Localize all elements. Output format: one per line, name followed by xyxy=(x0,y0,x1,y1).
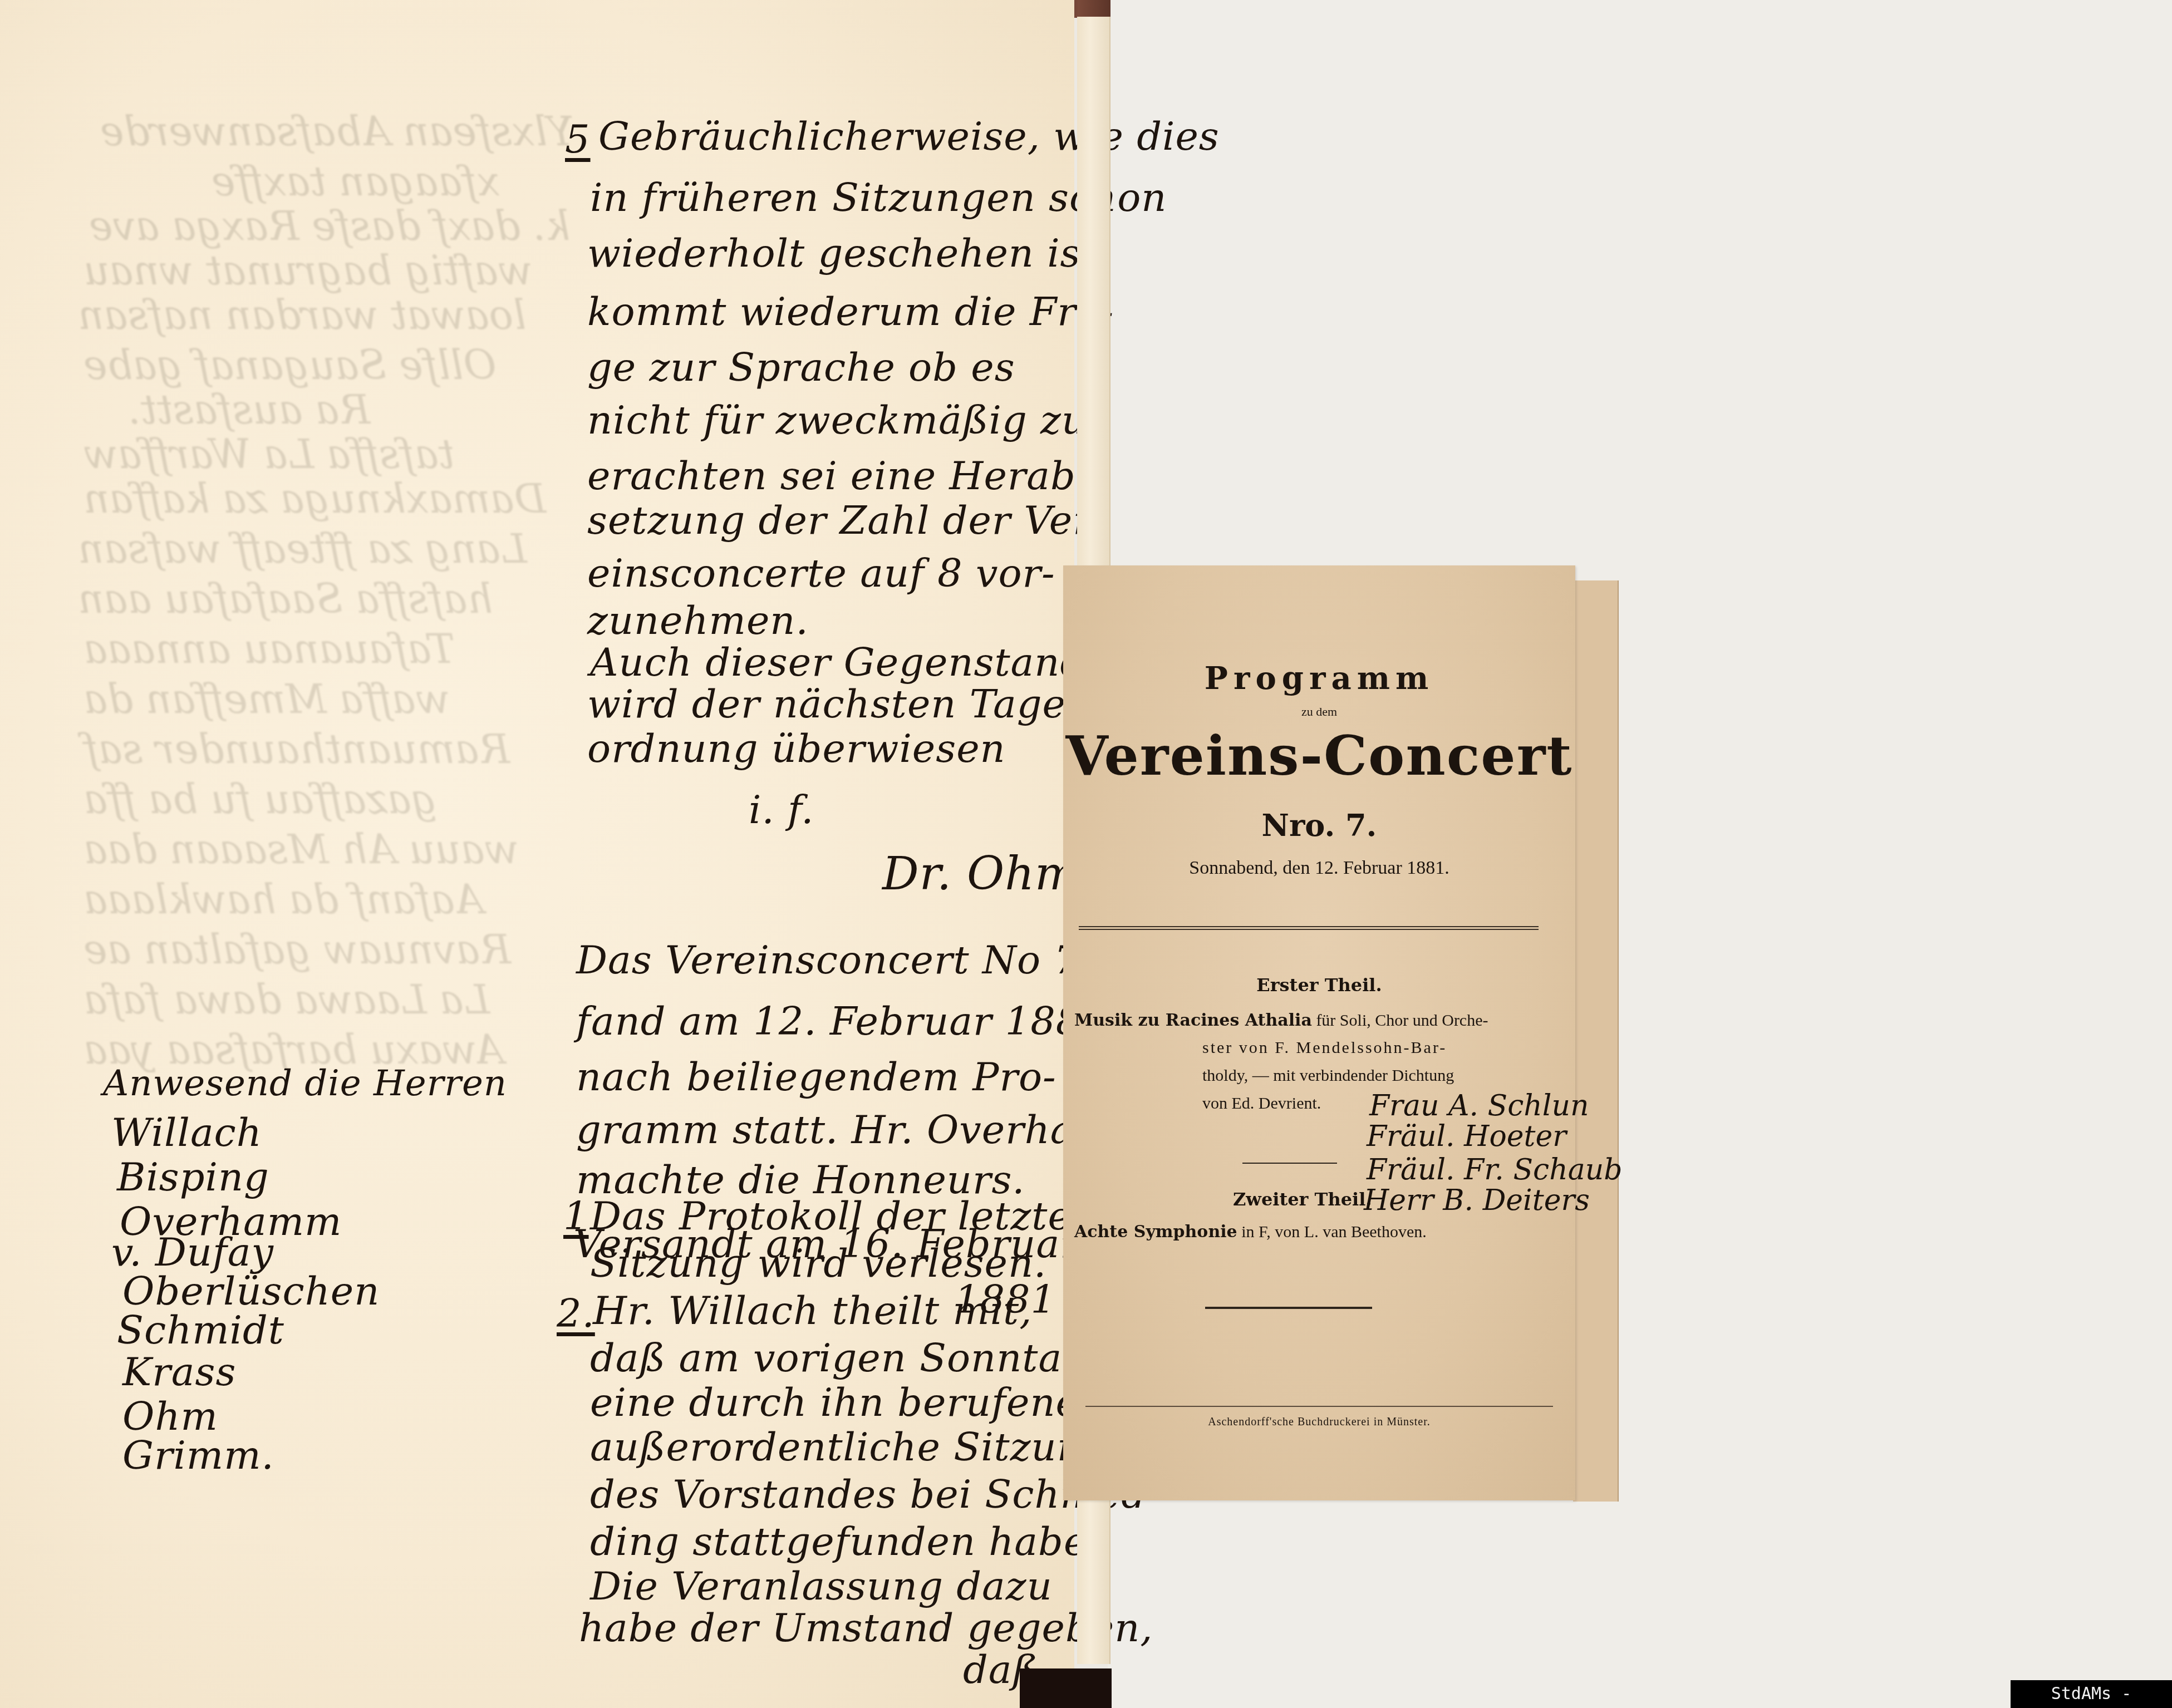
soloist-annotation: Frau A. Schlun xyxy=(1369,1091,1589,1120)
minutes-line: ding stattgefunden habe. xyxy=(590,1522,1100,1561)
part2-lead: Achte Symphonie xyxy=(1074,1222,1237,1242)
protocol-line: setzung der Zahl der Ver- xyxy=(587,501,1105,540)
concert-program-leaflet: Programm zu dem Vereins-Concert Nro. 7. … xyxy=(1063,565,1575,1500)
part1-line2: ster von F. Mendelssohn-Bar- xyxy=(1202,1038,1447,1057)
minutes-line: Hr. Willach theilt mit, xyxy=(593,1291,1032,1330)
minutes-item-1-number: 1 xyxy=(563,1197,589,1236)
minutes-line: eine durch ihn berufene xyxy=(590,1383,1079,1422)
part1-heading: Erster Theil. xyxy=(1063,974,1575,996)
concert-number: Nro. 7. xyxy=(1063,808,1575,843)
part1-line3: tholdy, — mit verbindender Dichtung xyxy=(1202,1066,1454,1085)
minutes-line: daß am vorigen Sonntage xyxy=(590,1338,1111,1377)
section-rule xyxy=(1205,1307,1372,1309)
part1-line1: Musik zu Racines Athalia für Soli, Chor … xyxy=(1074,1011,1488,1030)
attendee-name: Krass xyxy=(122,1352,236,1391)
concert-note-line: Das Vereinsconcert No 7 xyxy=(576,941,1079,979)
protocol-line: ge zur Sprache ob es xyxy=(587,348,1015,387)
manuscript-page-left: Ylxsfean Abafsanwerde xfaagan taxffe k. … xyxy=(0,0,1074,1708)
minutes-line: Sitzung wird verlesen. xyxy=(590,1244,1046,1283)
attendee-name: v. Dufay xyxy=(111,1233,274,1272)
archive-id-label: StdAMs - MV_003_128 xyxy=(2011,1680,2172,1708)
closing-abbrev: i. f. xyxy=(749,790,814,829)
program-main-title: Vereins-Concert xyxy=(1063,724,1575,788)
protocol-line: wiederholt geschehen ist xyxy=(587,234,1097,273)
attendee-name: Oberlüschen xyxy=(122,1272,380,1311)
leaflet-back-sheet xyxy=(1573,580,1619,1502)
soloist-annotation: Fräul. Fr. Schaub xyxy=(1367,1155,1622,1184)
attendee-name: Ohm xyxy=(122,1397,218,1436)
part2-heading: Zweiter Theil. xyxy=(1233,1189,1372,1210)
program-subtitle: zu dem xyxy=(1063,705,1575,719)
concert-note-line: nach beiliegendem Pro- xyxy=(576,1057,1056,1096)
part2-rest: in F, von L. van Beethoven. xyxy=(1241,1223,1427,1241)
protocol-line: Gebräuchlicherweise, wie dies xyxy=(598,117,1220,156)
protocol-line: nicht für zweckmäßig zu xyxy=(587,401,1087,440)
short-rule xyxy=(1242,1163,1337,1164)
soloist-annotation: Fräul. Hoeter xyxy=(1367,1122,1566,1151)
item-number-5: 5 xyxy=(565,120,591,159)
printer-imprint: Aschendorff'sche Buchdruckerei in Münste… xyxy=(1063,1416,1575,1429)
minutes-item-2-number: 2. xyxy=(557,1294,595,1333)
attendee-name: Schmidt xyxy=(117,1311,284,1350)
protocol-line: ordnung überwiesen xyxy=(587,729,1006,768)
book-binding-bottom xyxy=(1020,1668,1112,1708)
footer-rule xyxy=(1085,1406,1553,1407)
attendance-heading: Anwesend die Herren xyxy=(103,1066,507,1101)
protocol-line: wird der nächsten Tages- xyxy=(587,685,1100,723)
part1-lead: Musik zu Racines Athalia xyxy=(1074,1011,1312,1030)
protocol-line: erachten sei eine Herab- xyxy=(587,456,1090,495)
attendee-name: Willach xyxy=(111,1113,262,1152)
soloist-annotation: Herr B. Deiters xyxy=(1364,1186,1590,1215)
minutes-line: Die Veranlassung dazu xyxy=(590,1567,1053,1606)
attendee-name: Bisping xyxy=(117,1158,269,1197)
part1-line4: von Ed. Devrient. xyxy=(1202,1094,1321,1113)
attendee-name: Grimm. xyxy=(122,1436,274,1475)
double-rule xyxy=(1079,926,1539,930)
protocol-line: Auch dieser Gegenstand xyxy=(590,643,1085,682)
minutes-line: außerordentliche Sitzung xyxy=(590,1428,1108,1466)
protocol-line: einsconcerte auf 8 vor- xyxy=(587,554,1055,593)
protocol-line: zunehmen. xyxy=(587,601,809,640)
part2-line: Achte Symphonie in F, von L. van Beethov… xyxy=(1074,1222,1427,1242)
program-title: Programm xyxy=(1063,660,1575,697)
concert-note-line: fand am 12. Februar 1881 xyxy=(576,1002,1107,1041)
part1-line1-rest: für Soli, Chor und Orche- xyxy=(1316,1011,1488,1030)
minutes-line: Das Protokoll der letzten xyxy=(590,1197,1097,1236)
minutes-line: habe der Umstand gegeben, xyxy=(579,1608,1153,1647)
concert-date: Sonnabend, den 12. Februar 1881. xyxy=(1063,858,1575,879)
protocol-line: kommt wiederum die Fra- xyxy=(587,292,1114,331)
signature: Dr. Ohm xyxy=(882,851,1079,897)
